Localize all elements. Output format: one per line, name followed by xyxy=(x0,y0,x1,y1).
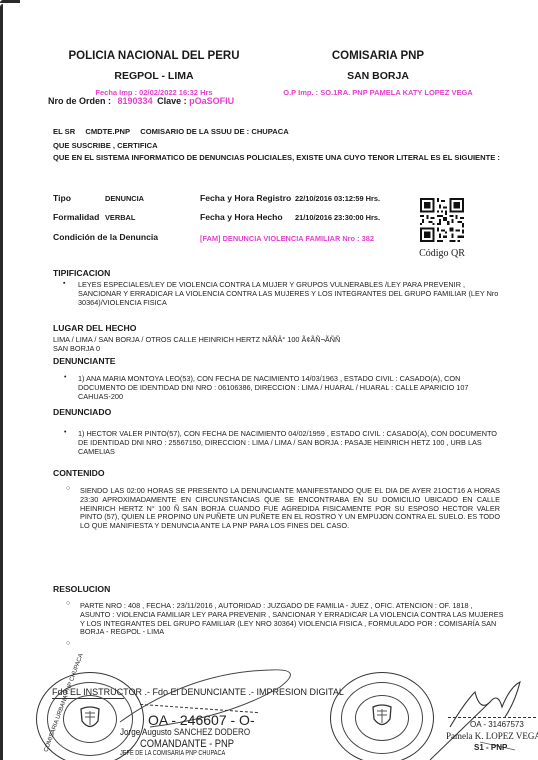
station-title: COMISARIA PNP xyxy=(268,46,488,66)
registro-label: Fecha y Hora Registro xyxy=(200,193,291,203)
header-right: COMISARIA PNP SAN BORJA O.P Imp. : SO.1R… xyxy=(268,46,488,100)
tipo-value: DENUNCIA xyxy=(105,194,144,203)
tipificacion-title: TIPIFICACION xyxy=(53,268,110,278)
order-label: Nro de Orden : xyxy=(48,96,111,106)
formalidad-value: VERBAL xyxy=(105,213,135,222)
order-number: 8190334 xyxy=(118,96,153,106)
rank-left: COMANDANTE - PNP xyxy=(140,738,234,750)
registro-value: 22/10/2016 03:12:59 Hrs. xyxy=(295,194,380,203)
bullet-square-icon: ▪ xyxy=(63,280,65,287)
tipificacion-text: LEYES ESPECIALES/LEY DE VIOLENCIA CONTRA… xyxy=(78,281,502,307)
certificate-preamble: EL SR CMDTE.PNP COMISARIO DE LA SSUU DE … xyxy=(53,126,503,165)
cip-left: OA - 246607 - O- xyxy=(148,712,255,728)
signature-right-dashes xyxy=(448,717,536,718)
scan-edge xyxy=(0,4,3,760)
cert-sr: EL SR xyxy=(53,127,75,136)
bullet-circle-icon: ○ xyxy=(66,600,70,607)
cert-role: COMISARIO DE LA SSUU DE : xyxy=(140,127,249,136)
formalidad-label: Formalidad xyxy=(53,212,99,222)
name-left: Jorge Augusto SANCHEZ DODERO xyxy=(120,727,250,738)
bullet-dot-icon: • xyxy=(64,429,66,436)
hecho-value: 21/10/2016 23:30:00 Hrs. xyxy=(295,213,380,222)
resolucion-text: PARTE NRO : 408 , FECHA : 23/11/2016 , A… xyxy=(80,602,504,637)
coat-of-arms-icon xyxy=(369,703,395,731)
key-value: pOaSOFIU xyxy=(189,96,234,106)
scan-edge-top xyxy=(0,0,20,3)
role-left: JEFE DE LA COMISARIA PNP CHUPACA xyxy=(120,750,225,757)
cert-rank: CMDTE.PNP xyxy=(85,127,130,136)
lugar-line-1: LIMA / LIMA / SAN BORJA / OTROS CALLE HE… xyxy=(53,336,503,345)
condicion-value: [FAM] DENUNCIA VIOLENCIA FAMILIAR Nro : … xyxy=(200,234,374,243)
institution-title: POLICIA NACIONAL DEL PERU xyxy=(54,46,254,66)
contenido-title: CONTENIDO xyxy=(53,468,105,478)
bullet-circle-icon: ○ xyxy=(66,485,70,492)
qr-caption: Código QR xyxy=(404,248,480,259)
coat-of-arms-icon xyxy=(77,705,103,733)
denunciante-title: DENUNCIANTE xyxy=(53,356,116,366)
cert-location: CHUPACA xyxy=(251,127,288,136)
cert-line-3: QUE EN EL SISTEMA INFORMATICO DE DENUNCI… xyxy=(53,153,503,163)
print-operator: O.P Imp. : SO.1RA. PNP PAMELA KATY LOPEZ… xyxy=(268,86,488,100)
station-district: SAN BORJA xyxy=(268,66,488,86)
denunciado-text: 1) HECTOR VALER PINTO(57), CON FECHA DE … xyxy=(78,430,502,456)
bullet-dot-icon: • xyxy=(64,374,66,381)
rank-right: S1 - PNP xyxy=(474,743,507,752)
tipo-label: Tipo xyxy=(53,193,71,203)
contenido-text: SIENDO LAS 02:00 HORAS SE PRESENTO LA DE… xyxy=(80,487,500,531)
region-title: REGPOL - LIMA xyxy=(54,66,254,86)
bullet-circle-icon-empty: ○ xyxy=(66,640,70,647)
cip-right: OA - 31467573 xyxy=(470,720,524,729)
key-label: Clave : xyxy=(157,96,187,106)
hecho-label: Fecha y Hora Hecho xyxy=(200,212,283,222)
denunciante-text: 1) ANA MARIA MONTOYA LEO(53), CON FECHA … xyxy=(78,375,502,401)
police-stamp-right xyxy=(330,672,434,760)
cert-line-2: QUE SUSCRIBE , CERTIFICA xyxy=(53,140,503,152)
condicion-label: Condición de la Denuncia xyxy=(53,232,158,242)
resolucion-title: RESOLUCION xyxy=(53,584,110,594)
lugar-title: LUGAR DEL HECHO xyxy=(53,323,136,333)
lugar-text: LIMA / LIMA / SAN BORJA / OTROS CALLE HE… xyxy=(53,336,503,354)
name-right: Pamela K. LOPEZ VEGA xyxy=(446,731,538,741)
denunciado-title: DENUNCIADO xyxy=(53,407,111,417)
header-left: POLICIA NACIONAL DEL PERU REGPOL - LIMA … xyxy=(54,46,254,100)
lugar-line-2: SAN BORJA 0 xyxy=(53,345,503,354)
order-line: Nro de Orden : 8190334 Clave : pOaSOFIU xyxy=(48,96,234,106)
qr-code-icon xyxy=(420,198,464,242)
